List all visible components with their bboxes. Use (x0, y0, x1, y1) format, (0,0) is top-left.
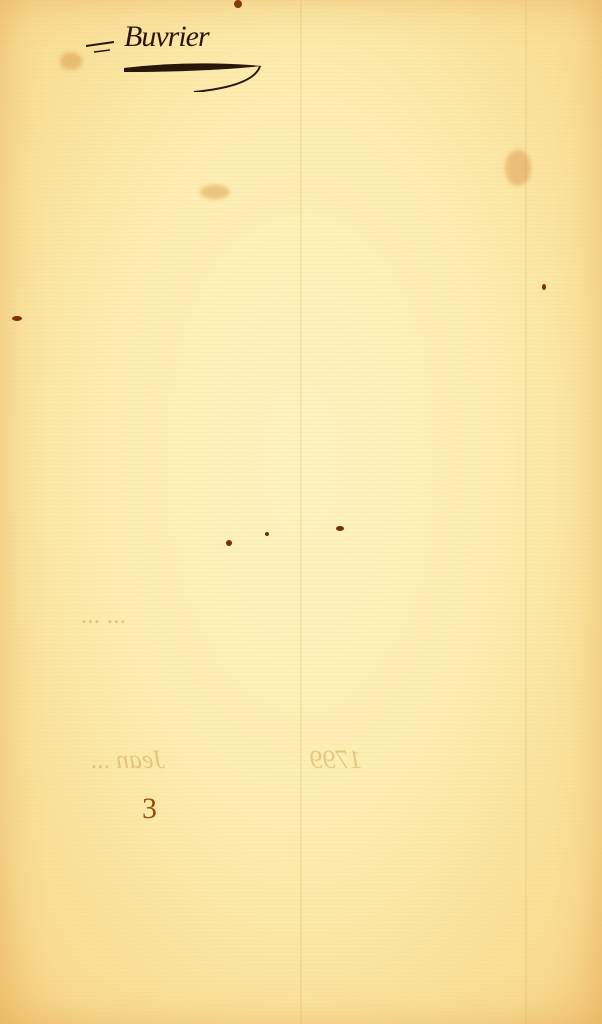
page-number: 3 (142, 792, 157, 826)
stain (505, 150, 531, 186)
stain (200, 185, 230, 199)
signature: Buvrier (84, 12, 274, 92)
stain (60, 52, 82, 70)
bleed-through-text: Jean ... (90, 745, 165, 775)
document-page: Buvrier Jean ... 1799 ... ... 3 (0, 0, 602, 1024)
fold-line (300, 0, 302, 1024)
ink-spot (226, 540, 232, 546)
bleed-through-text: ... ... (80, 600, 126, 630)
signature-text: Buvrier (124, 20, 209, 54)
ink-spot (542, 284, 546, 290)
ink-spot (265, 532, 269, 536)
ink-spot (336, 526, 344, 531)
bleed-through-text: 1799 (310, 745, 362, 775)
ink-spot (12, 316, 22, 321)
ink-spot (234, 0, 242, 8)
